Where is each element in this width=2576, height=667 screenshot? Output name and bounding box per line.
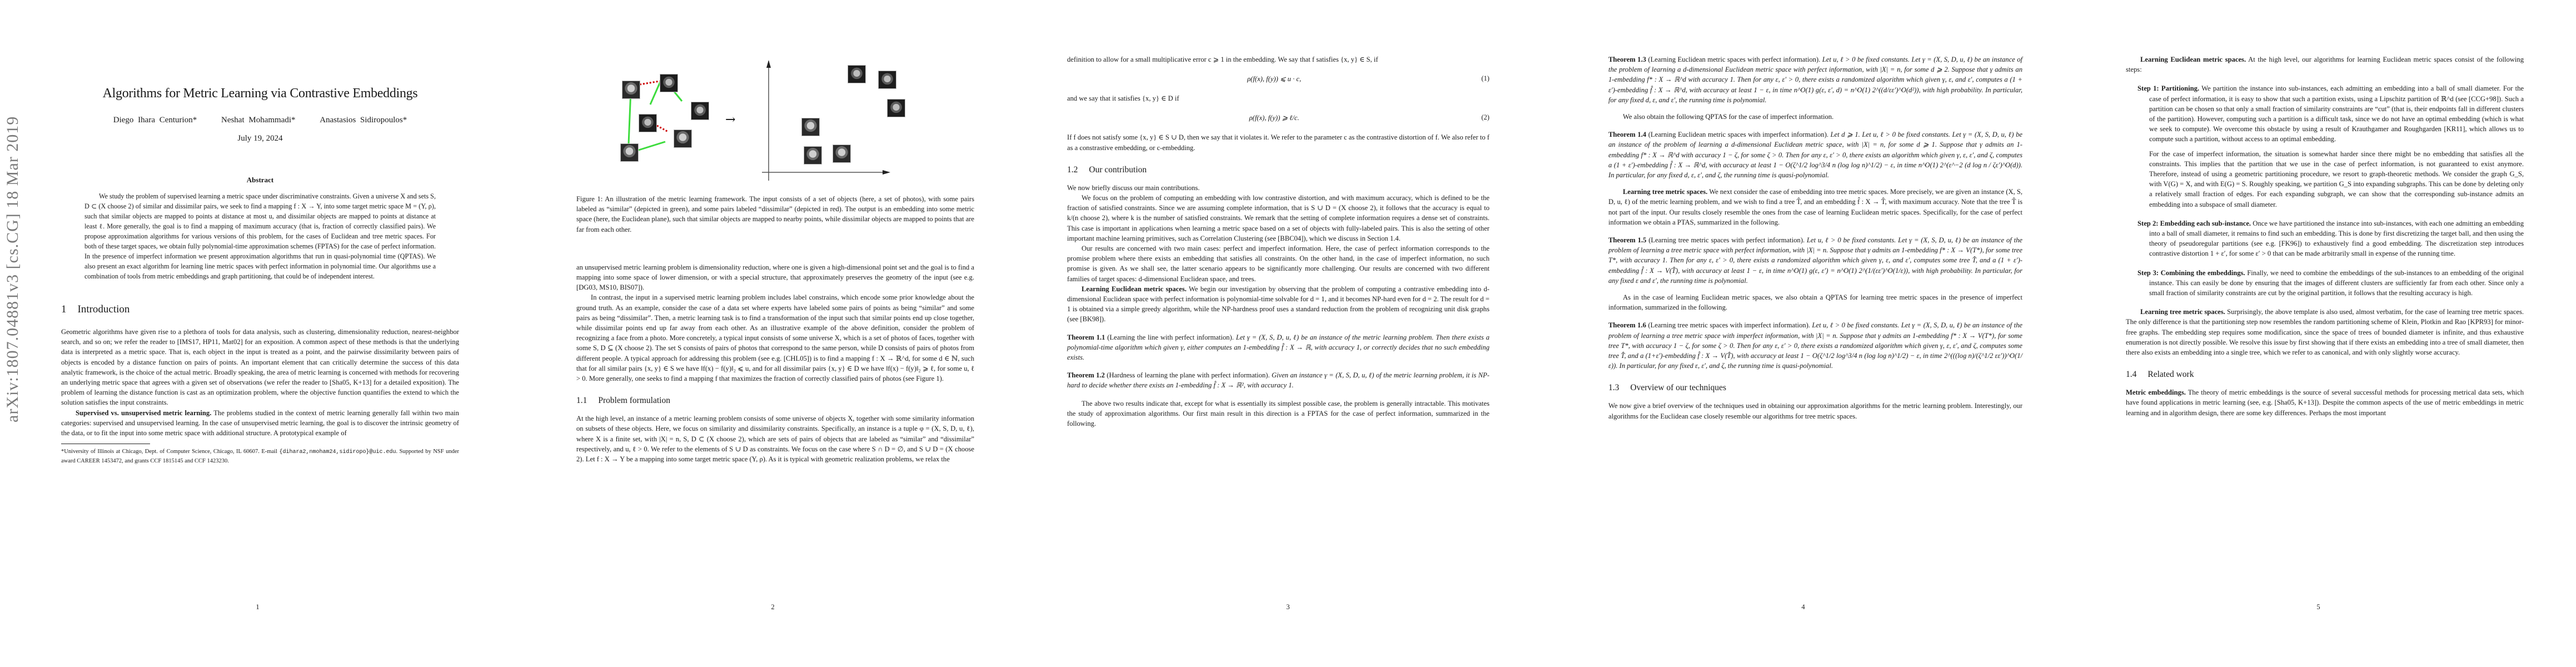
theorem-1-2: Theorem 1.2 (Hardness of learning the pl…: [1067, 370, 1489, 390]
x-axis-arrowhead: [883, 170, 890, 175]
paragraph: We focus on the problem of computing an …: [1067, 193, 1489, 243]
run-in-heading: Learning tree metric spaces.: [1623, 188, 1707, 196]
arrow-icon: →: [725, 113, 735, 127]
page-1: arXiv:1807.04881v3 [cs.CG] 18 Mar 2019 A…: [0, 0, 515, 667]
paragraph: Learning Euclidean metric spaces. At the…: [2126, 54, 2524, 74]
abstract-heading: Abstract: [61, 176, 459, 185]
section-heading: 1.3Overview of our techniques: [1608, 383, 2022, 393]
page-2-content: → Figure 1: An illustration of the metri…: [576, 0, 974, 464]
paragraph: definition to allow for a small multipli…: [1067, 54, 1489, 64]
email-link[interactable]: {dihara2,nmoham24,sidiropo}@uic.edu: [279, 449, 396, 455]
arxiv-stamp: arXiv:1807.04881v3 [cs.CG] 18 Mar 2019: [3, 111, 26, 422]
run-in-heading: Metric embeddings.: [2126, 389, 2186, 396]
author-list: Diego Ihara Centurion* Neshat Mohammadi*…: [61, 116, 459, 125]
run-in-heading: Learning tree metric spaces.: [2140, 308, 2225, 316]
figure-graph-lines: →: [576, 56, 974, 186]
theorem-1-5: Theorem 1.5 (Learning tree metric spaces…: [1608, 235, 2022, 286]
theorem-1-3: Theorem 1.3 (Learning Euclidean metric s…: [1608, 54, 2022, 105]
paragraph: Geometric algorithms have given rise to …: [61, 327, 459, 408]
photo-einstein: [674, 130, 692, 148]
dissimilar-edge: [657, 126, 668, 132]
run-in-heading: Supervised vs. unsupervised metric learn…: [76, 409, 211, 417]
photo-einstein: [804, 146, 822, 165]
run-in-heading: Learning Euclidean metric spaces.: [1082, 285, 1187, 293]
photo-curie: [848, 65, 866, 83]
paragraph: We now briefly discuss our main contribu…: [1067, 183, 1489, 193]
author: Neshat Mohammadi*: [221, 116, 296, 125]
paragraph: At the high level, an instance of a metr…: [576, 414, 974, 464]
footnote-rule: [61, 444, 150, 444]
equation-number: (1): [1481, 74, 1489, 83]
author: Diego Ihara Centurion*: [113, 116, 197, 125]
page-number: 4: [1546, 603, 2061, 611]
paragraph: As in the case of learning Euclidean met…: [1608, 292, 2022, 312]
figure-caption: Figure 1: An illustration of the metric …: [576, 194, 974, 235]
equation-1: ρ(f(x), f(y)) ⩽ u · c,(1): [1067, 74, 1489, 83]
section-heading: 1.4Related work: [2126, 370, 2524, 380]
theorem-1-1: Theorem 1.1 (Learning the line with perf…: [1067, 332, 1489, 363]
similar-edge: [639, 142, 665, 150]
figure-1: →: [576, 56, 974, 186]
paragraph: Learning tree metric spaces. We next con…: [1608, 187, 2022, 227]
photo-curie: [887, 99, 905, 117]
page-number: 2: [515, 603, 1030, 611]
section-heading: 1.1Problem formulation: [576, 396, 974, 406]
page-5-content: Learning Euclidean metric spaces. At the…: [2126, 54, 2524, 418]
paragraph: Learning Euclidean metric spaces. We beg…: [1067, 284, 1489, 325]
step-1: Step 1: Partitioning. We partition the i…: [2126, 83, 2524, 209]
photo-curie: [639, 114, 657, 132]
photo-einstein: [833, 145, 851, 163]
paragraph: We also obtain the following QPTAS for t…: [1608, 112, 2022, 122]
page-1-content: Algorithms for Metric Learning via Contr…: [61, 0, 459, 466]
page-number: 5: [2061, 603, 2576, 611]
equation-number: (2): [1481, 113, 1489, 122]
photo-curie: [691, 102, 709, 120]
photo-einstein: [620, 143, 639, 162]
y-axis-arrowhead: [766, 60, 771, 68]
page-3-content: definition to allow for a small multipli…: [1067, 54, 1489, 429]
paragraph: an unsupervised metric learning problem …: [576, 262, 974, 293]
page-4-content: Theorem 1.3 (Learning Euclidean metric s…: [1608, 54, 2022, 421]
paper-date: July 19, 2024: [61, 134, 459, 143]
photo-einstein: [622, 81, 640, 99]
page-2: → Figure 1: An illustration of the metri…: [515, 0, 1030, 667]
run-in-heading: Learning Euclidean metric spaces.: [2140, 56, 2246, 63]
theorem-1-4: Theorem 1.4 (Learning Euclidean metric s…: [1608, 130, 2022, 180]
paragraph: Our results are concerned with two main …: [1067, 243, 1489, 284]
footnote: *University of Illinois at Chicago, Dept…: [61, 447, 459, 466]
step-3: Step 3: Combining the embeddings. Finall…: [2126, 268, 2524, 298]
author: Anastasios Sidiropoulos*: [320, 116, 407, 125]
paragraph: Metric embeddings. The theory of metric …: [2126, 387, 2524, 418]
paragraph: In contrast, the input in a supervised m…: [576, 292, 974, 384]
paragraph: Learning tree metric spaces. Surprisingl…: [2126, 307, 2524, 357]
page-3: definition to allow for a small multipli…: [1030, 0, 1546, 667]
theorem-1-6: Theorem 1.6 (Learning tree metric spaces…: [1608, 320, 2022, 371]
step-2: Step 2: Embedding each sub-instance. Onc…: [2126, 218, 2524, 259]
photo-curie: [878, 71, 896, 89]
dissimilar-edge: [640, 81, 660, 84]
section-heading: 1.2Our contribution: [1067, 165, 1489, 175]
paragraph: If f does not satisfy some {x, y} ∈ S ∪ …: [1067, 132, 1489, 152]
page-number: 3: [1030, 603, 1546, 611]
paragraph: and we say that it satisfies {x, y} ∈ D …: [1067, 93, 1489, 103]
photo-einstein: [801, 118, 820, 136]
paragraph: Supervised vs. unsupervised metric learn…: [61, 408, 459, 439]
equation-2: ρ(f(x), f(y)) ⩾ ℓ/c.(2): [1067, 113, 1489, 122]
paragraph: We now give a brief overview of the tech…: [1608, 401, 2022, 421]
page-4: Theorem 1.3 (Learning Euclidean metric s…: [1546, 0, 2061, 667]
paper-title: Algorithms for Metric Learning via Contr…: [61, 86, 459, 101]
page-5: Learning Euclidean metric spaces. At the…: [2061, 0, 2576, 667]
section-heading: 1Introduction: [61, 303, 459, 316]
paragraph: The above two results indicate that, exc…: [1067, 399, 1489, 429]
abstract-text: We study the problem of supervised learn…: [84, 191, 436, 281]
page-number: 1: [0, 603, 515, 611]
photo-curie: [660, 74, 678, 92]
